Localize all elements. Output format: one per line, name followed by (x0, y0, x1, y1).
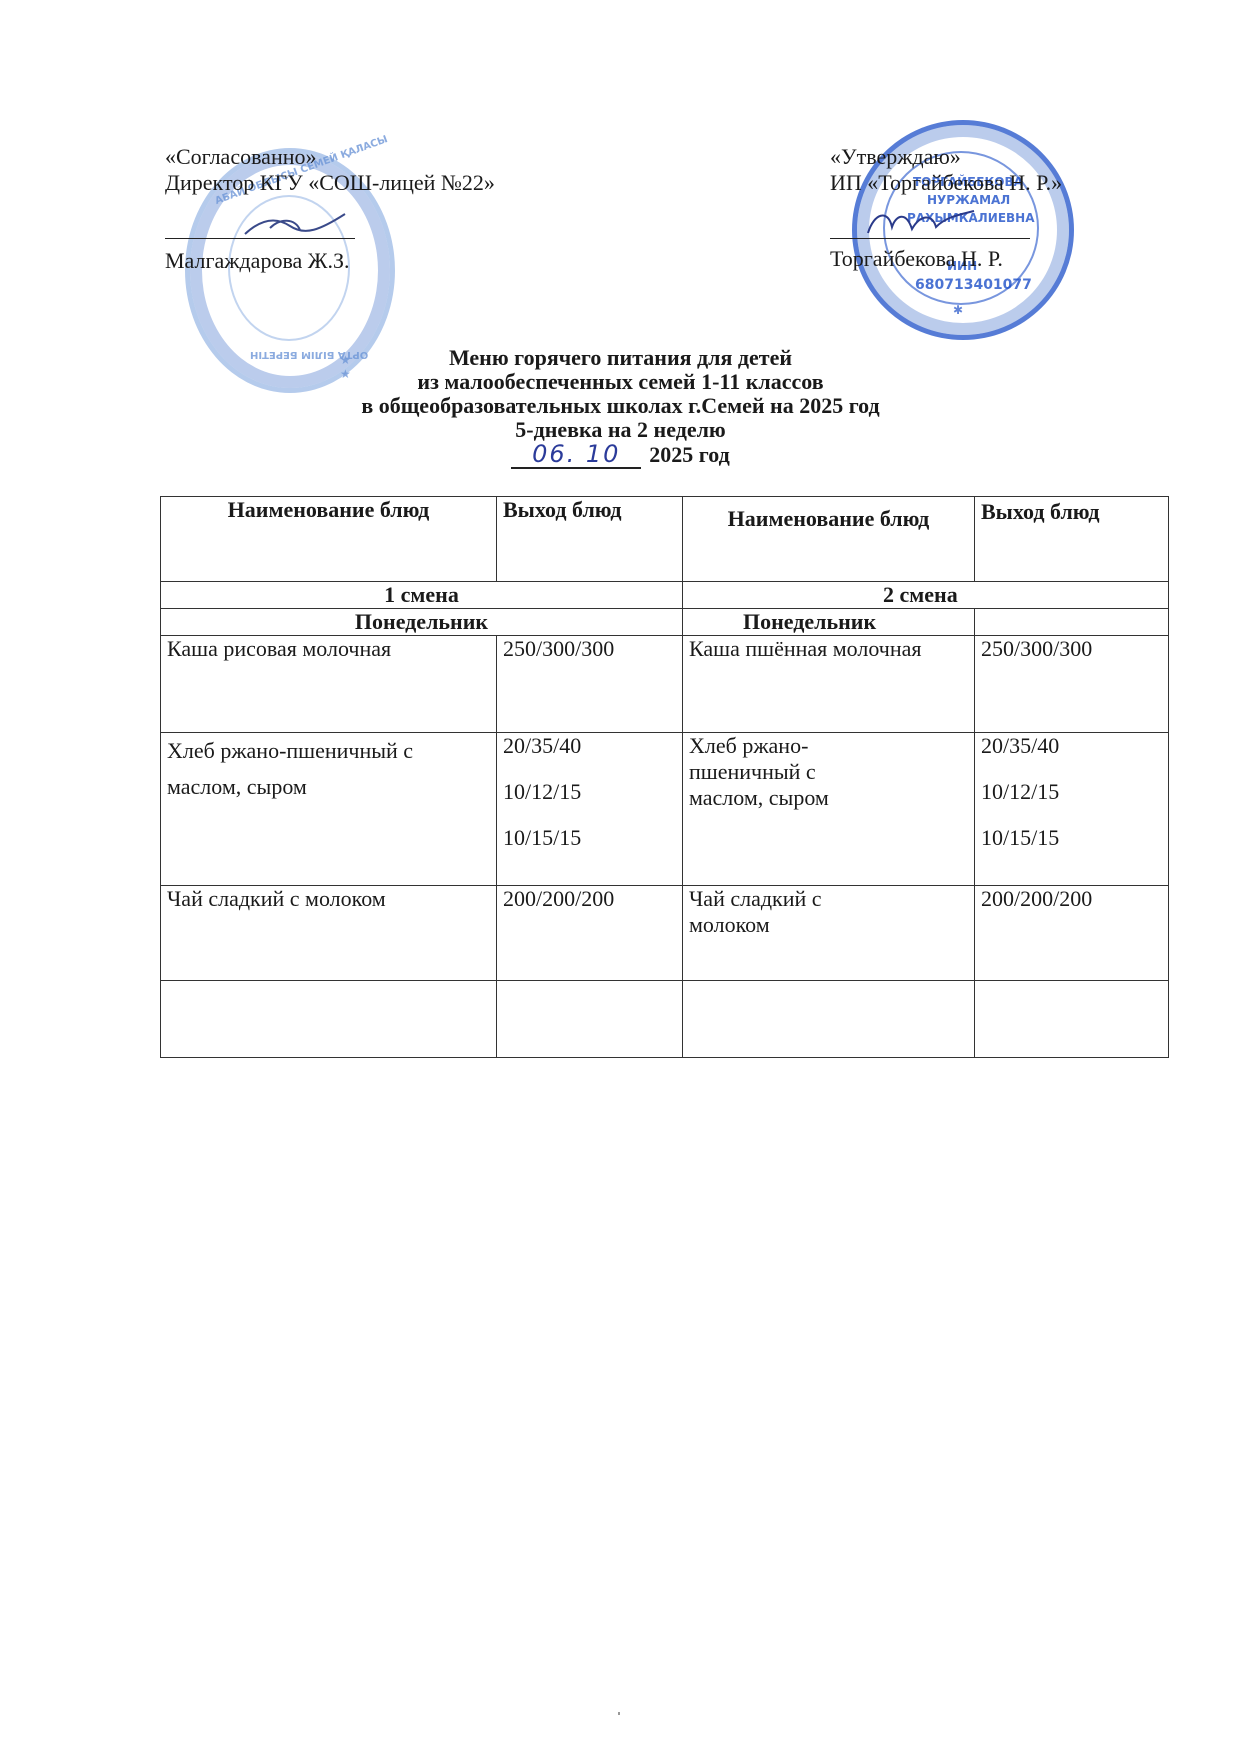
dish-2-text: Чай сладкий с молоком (689, 886, 869, 938)
output-1 (497, 981, 683, 1058)
output-2 (975, 981, 1169, 1058)
output-butter: 10/12/15 (503, 779, 676, 805)
title-line-4: 5-дневка на 2 неделю (0, 418, 1241, 442)
table-row: Каша рисовая молочная 250/300/300 Каша п… (161, 636, 1169, 733)
signature-left (240, 210, 350, 240)
signature-line-left (165, 238, 355, 239)
output-1: 200/200/200 (497, 886, 683, 981)
output-2: 250/300/300 (975, 636, 1169, 733)
title-line-3: в общеобразовательных школах г.Семей на … (0, 394, 1241, 418)
output-2: 200/200/200 (975, 886, 1169, 981)
approval-left-name: Малгаждарова Ж.З. (165, 248, 350, 274)
day-shift-1: Понедельник (161, 609, 683, 636)
dish-1-text: Хлеб ржано-пшеничный с маслом, сыром (167, 733, 467, 805)
table-header-row: Наименование блюд Выход блюд Наименовани… (161, 497, 1169, 582)
output-butter: 10/12/15 (981, 779, 1162, 805)
date-field: 06. 10 (511, 442, 641, 469)
table-row-empty (161, 981, 1169, 1058)
menu-table: Наименование блюд Выход блюд Наименовани… (160, 496, 1169, 1058)
output-2: 20/35/40 10/12/15 10/15/15 (975, 733, 1169, 886)
dish-1 (161, 981, 497, 1058)
approval-left-position: Директор КГУ «СОШ-лицей №22» (165, 170, 495, 196)
title-line-1: Меню горячего питания для детей (0, 346, 1241, 370)
dish-1: Каша рисовая молочная (161, 636, 497, 733)
day-row: Понедельник Понедельник (161, 609, 1169, 636)
stamp-line-5: 680713401077 (915, 277, 1032, 293)
table-row: Хлеб ржано-пшеничный с маслом, сыром 20/… (161, 733, 1169, 886)
year-label: 2025 год (649, 442, 729, 467)
dish-2: Хлеб ржано-пшеничный с маслом, сыром (683, 733, 975, 886)
output-bread: 20/35/40 (503, 733, 676, 759)
dish-2: Каша пшённая молочная (683, 636, 975, 733)
table-row: Чай сладкий с молоком 200/200/200 Чай сл… (161, 886, 1169, 981)
shift-row: 1 смена 2 смена (161, 582, 1169, 609)
header-output-2: Выход блюд (975, 497, 1169, 582)
dish-1: Хлеб ржано-пшеничный с маслом, сыром (161, 733, 497, 886)
output-cheese: 10/15/15 (981, 825, 1162, 851)
header-dish-name-2: Наименование блюд (683, 497, 975, 582)
shift-1: 1 смена (161, 582, 683, 609)
output-cheese: 10/15/15 (503, 825, 676, 851)
dish-2: Чай сладкий с молоком (683, 886, 975, 981)
header-output-1: Выход блюд (497, 497, 683, 582)
star-icon: ✱ (953, 303, 963, 318)
dish-2 (683, 981, 975, 1058)
approval-right-name: Торгайбекова Н. Р. (830, 246, 1003, 272)
header-dish-name-1: Наименование блюд (161, 497, 497, 582)
title-line-2: из малообеспеченных семей 1-11 классов (0, 370, 1241, 394)
signature-right (862, 205, 982, 239)
shift-2: 2 смена (683, 582, 1169, 609)
output-1: 250/300/300 (497, 636, 683, 733)
output-1: 20/35/40 10/12/15 10/15/15 (497, 733, 683, 886)
approval-right-heading: «Утверждаю» (830, 144, 961, 170)
date-handwritten: 06. 10 (532, 440, 620, 468)
scan-artifact (618, 1712, 620, 1715)
date-line: 06. 102025 год (0, 442, 1241, 469)
approval-left-heading: «Согласованно» (165, 144, 317, 170)
approval-right-position: ИП «Торгайбекова Н. Р.» (830, 170, 1062, 196)
dish-1: Чай сладкий с молоком (161, 886, 497, 981)
output-bread: 20/35/40 (981, 733, 1162, 759)
dish-2-text: Хлеб ржано-пшеничный с маслом, сыром (689, 733, 869, 811)
day-empty (975, 609, 1169, 636)
signature-line-right (830, 238, 1030, 239)
day-shift-2: Понедельник (683, 609, 975, 636)
